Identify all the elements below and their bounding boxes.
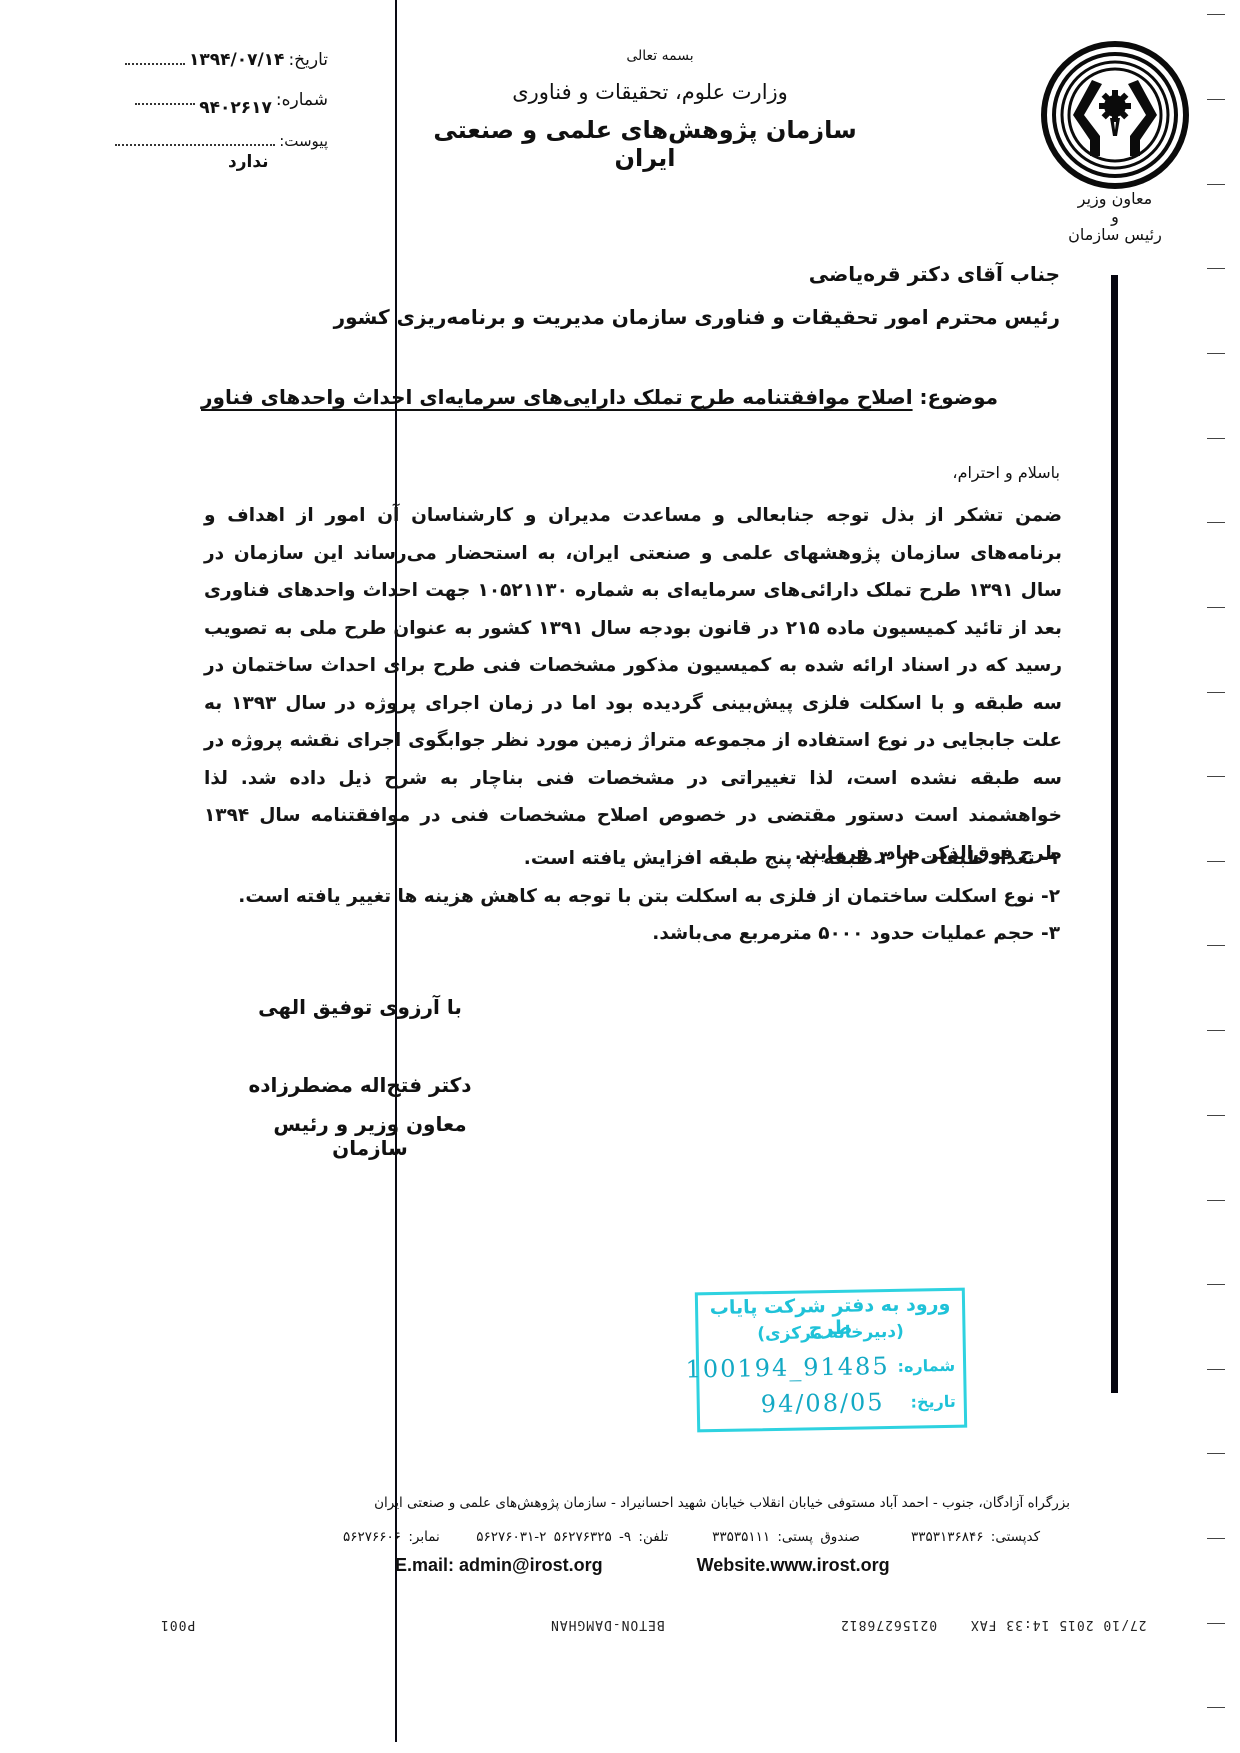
margin-tick xyxy=(1207,522,1225,523)
margin-tick xyxy=(1207,184,1225,185)
margin-tick xyxy=(1207,1030,1225,1031)
postal-code: کدپستی: ۳۳۵۳۱۳۶۸۴۶ xyxy=(911,1529,1040,1545)
margin-tick xyxy=(1207,776,1225,777)
margin-tick xyxy=(1207,14,1225,15)
attachment-value: ندارد xyxy=(228,152,269,172)
margin-tick xyxy=(1207,1115,1225,1116)
stamp-date-value: 94/08/05 xyxy=(761,1388,885,1418)
list-item: ۲- نوع اسکلت ساختمان از فلزی به اسکلت بت… xyxy=(238,878,1060,916)
stamp-number-value: 100194_91485 xyxy=(685,1352,889,1384)
phone: تلفن: ۹- ۵۶۲۷۶۳۲۵ ۲-۵۶۲۷۶۰۳۱ xyxy=(476,1529,668,1545)
addressee-name: جناب آقای دکتر قره‌یاضی xyxy=(809,262,1060,286)
footer-address: بزرگراه آزادگان، جنوب - احمد آباد مستوفی… xyxy=(250,1495,1070,1511)
subject-label: موضوع: xyxy=(920,385,998,409)
letterhead-margin-bar xyxy=(1111,275,1118,1393)
footer-contact-numbers: کدپستی: ۳۳۵۳۱۳۶۸۴۶ صندوق پستی: ۳۳۵۳۵۱۱۱ … xyxy=(280,1529,1040,1545)
margin-tick xyxy=(1207,607,1225,608)
po-box: صندوق پستی: ۳۳۵۳۵۱۱۱ xyxy=(712,1529,860,1545)
margin-tick xyxy=(1207,1707,1225,1708)
subject-text: اصلاح موافقتنامه طرح تملک دارایی‌های سرم… xyxy=(201,385,913,409)
closing-wish: با آرزوی توفیق الهی xyxy=(240,995,480,1019)
fax-number: 02156276812 xyxy=(840,1617,937,1632)
logo-caption: معاون وزیر و رئیس سازمان xyxy=(1040,190,1190,244)
stamp-date-row: تاریخ: 94/08/05 xyxy=(708,1387,956,1419)
attachment-field: پیوست: xyxy=(115,132,328,150)
received-stamp: ورود به دفتر شرکت پایاب طرح (دبیرخانه مر… xyxy=(695,1288,967,1433)
logo-caption-line: رئیس سازمان xyxy=(1040,226,1190,244)
attachment-label: پیوست: xyxy=(279,132,328,150)
website-link[interactable]: Website.www.irost.org xyxy=(697,1555,890,1575)
list-item: ۱- تعداد طبقات از ۳ طبقه به پنج طبقه افز… xyxy=(238,840,1060,878)
margin-tick xyxy=(1207,1284,1225,1285)
logo-caption-line: و xyxy=(1040,208,1190,226)
body-paragraph: ضمن تشکر از بذل توجه جنابعالی و مساعدت م… xyxy=(204,497,1062,872)
margin-tick xyxy=(1207,438,1225,439)
dotted-leader xyxy=(135,102,195,105)
margin-tick xyxy=(1207,692,1225,693)
margin-tick xyxy=(1207,1453,1225,1454)
irost-logo-icon xyxy=(1040,40,1190,190)
addressee-title: رئیس محترم امور تحقیقات و فناوری سازمان … xyxy=(334,305,1060,329)
greeting: باسلام و احترام، xyxy=(952,463,1060,482)
margin-tick xyxy=(1207,268,1225,269)
signer-name: دکتر فتح‌اله مضطرزاده xyxy=(240,1073,480,1097)
fax-timestamp: 27/10 2015 14:33 FAX xyxy=(970,1617,1147,1632)
fax-page-number: P001 xyxy=(160,1617,195,1632)
stamp-date-label: تاریخ: xyxy=(910,1391,955,1411)
list-item: ۳- حجم عملیات حدود ۵۰۰۰ مترمربع می‌باشد. xyxy=(238,915,1060,953)
organization-name: سازمان پژوهش‌های علمی و صنعتی ایران xyxy=(400,116,890,172)
dotted-leader xyxy=(125,62,185,65)
number-label: شماره: xyxy=(276,90,328,110)
change-list: ۱- تعداد طبقات از ۳ طبقه به پنج طبقه افز… xyxy=(238,840,1060,953)
margin-tick xyxy=(1207,1200,1225,1201)
margin-tick xyxy=(1207,945,1225,946)
margin-tick xyxy=(1207,353,1225,354)
dotted-leader xyxy=(115,143,275,146)
number-value: ۹۴۰۲۶۱۷ xyxy=(199,98,272,118)
stamp-subtitle: (دبیرخانه مرکزی) xyxy=(698,1321,962,1346)
email-link[interactable]: E.mail: admin@irost.org xyxy=(395,1555,603,1575)
ministry-name: وزارت علوم، تحقیقات و فناوری xyxy=(440,80,860,104)
footer-web-contacts: E.mail: admin@irost.org Website.www.iros… xyxy=(395,1555,890,1576)
subject-line: موضوع: اصلاح موافقتنامه طرح تملک دارایی‌… xyxy=(201,385,998,409)
fax-sender: BETON-DAMGHAN xyxy=(550,1617,665,1632)
margin-tick xyxy=(1207,1538,1225,1539)
margin-tick xyxy=(1207,1369,1225,1370)
logo-caption-line: معاون وزیر xyxy=(1040,190,1190,208)
date-label: تاریخ: xyxy=(288,50,328,70)
margin-tick xyxy=(1207,861,1225,862)
date-field: تاریخ: ۱۳۹۴/۰۷/۱۴ xyxy=(125,50,328,70)
margin-tick xyxy=(1207,99,1225,100)
number-field: شماره: ۹۴۰۲۶۱۷ xyxy=(135,90,328,110)
stamp-number-label: شماره: xyxy=(897,1355,955,1375)
margin-tick xyxy=(1207,1623,1225,1624)
date-value: ۱۳۹۴/۰۷/۱۴ xyxy=(189,50,284,70)
stamp-number-row: شماره: 100194_91485 xyxy=(707,1351,955,1383)
signer-title: معاون وزیر و رئیس سازمان xyxy=(240,1112,500,1160)
bismillah: بسمه تعالی xyxy=(540,48,780,64)
fax-number: نمابر: ۵۶۲۷۶۶۰۶ xyxy=(343,1529,440,1545)
